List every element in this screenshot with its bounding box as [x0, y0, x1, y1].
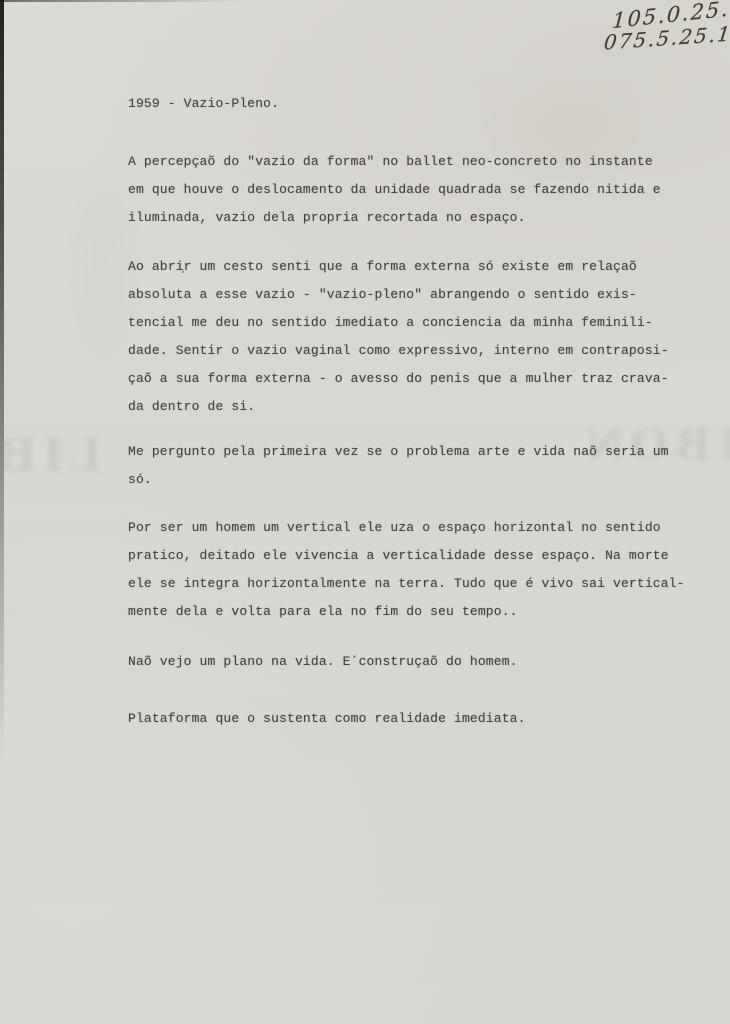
paragraph-5: Naõ vejo um plano na vida. E´construçaõ … [128, 648, 688, 676]
scan-edge-shadow-left [0, 0, 4, 760]
paragraph-3: Me pergunto pela primeira vez se o probl… [128, 438, 688, 494]
document-title: 1959 - Vazio-Pleno. [128, 90, 688, 118]
paragraph-2: Ao abrir um cesto senti que a forma exte… [128, 253, 688, 421]
paragraph-4: Por ser um homem um vertical ele uza o e… [128, 514, 688, 626]
scan-edge-shadow-top [0, 0, 240, 2]
paragraph-1: A percepçaõ do "vazio da forma" no balle… [128, 148, 688, 232]
scanned-typewritten-page: LIBO LIBON 105.0.25.0 075.5.25.1 1959 - … [0, 0, 730, 1024]
verso-showthrough-left: LIBO [0, 428, 103, 482]
paragraph-6: Plataforma que o sustenta como realidade… [128, 705, 688, 733]
